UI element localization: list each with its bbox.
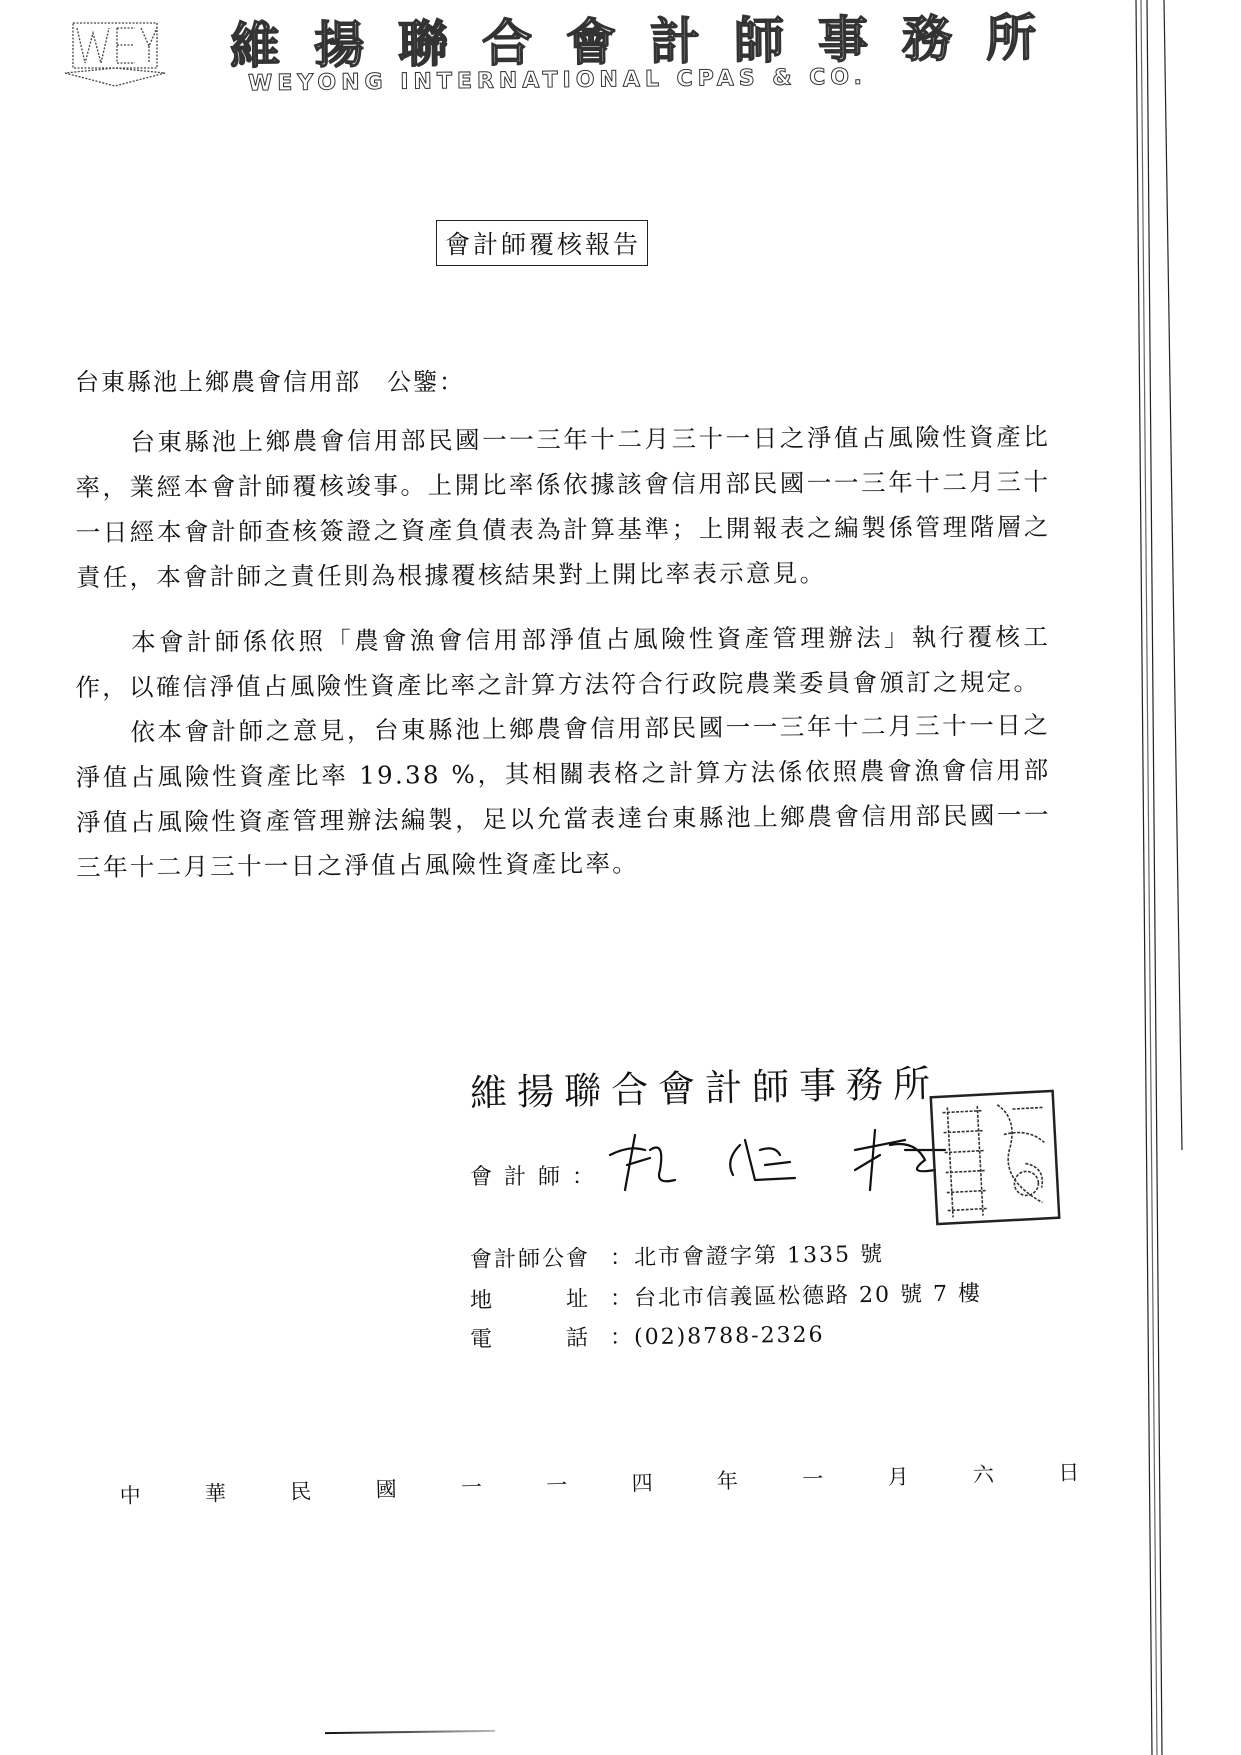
cpa-association-label: 會計師公會 (470, 1241, 610, 1274)
date-char: 國 (375, 1473, 397, 1504)
paragraph-opinion: 依本會計師之意見，台東縣池上鄉農會信用部民國一一三年十二月三十一日之淨值占風險性… (75, 702, 1051, 890)
paragraph-opinion-text: 依本會計師之意見，台東縣池上鄉農會信用部民國一一三年十二月三十一日之淨值占風險性… (75, 710, 1051, 882)
cpa-association-value: ：北市會證字第 1335 號 (610, 1242, 884, 1271)
address-value: ：台北市信義區松德路 20 號 7 樓 (610, 1281, 982, 1311)
date-char: 華 (205, 1477, 227, 1508)
signatory-firm-name: 維揚聯合會計師事務所 (469, 1053, 940, 1117)
scan-artifact-line (325, 1730, 495, 1734)
date-char: 四 (631, 1467, 653, 1498)
paragraph-scope-text: 台東縣池上鄉農會信用部民國一一三年十二月三十一日之淨值占風險性資產比率，業經本會… (75, 422, 1050, 592)
address-label: 地 址 (470, 1282, 610, 1315)
date-char: 年 (717, 1465, 739, 1496)
cpa-association-row: 會計師公會：北市會證字第 1335 號 (470, 1237, 884, 1274)
scan-edge-lines (1120, 0, 1230, 1755)
phone-row: 電 話：(02)8788-2326 (470, 1318, 825, 1354)
salutation: 台東縣池上鄉農會信用部 公鑒： (75, 362, 465, 397)
handwritten-signature (605, 1120, 965, 1200)
date-char: 一 (546, 1469, 568, 1500)
official-seal-stamp (927, 1087, 1064, 1229)
cpa-label: 會計師： (470, 1160, 606, 1191)
paragraph-scope: 台東縣池上鄉農會信用部民國一一三年十二月三十一日之淨值占風險性資產比率，業經本會… (75, 414, 1051, 600)
paragraph-basis: 本會計師係依照「農會漁會信用部淨值占風險性資產管理辦法」執行覆核工作，以確信淨值… (75, 614, 1051, 710)
report-date: 中 華 民 國 一 一 四 年 一 月 六 日 (119, 1457, 1079, 1510)
phone-value: ：(02)8788-2326 (610, 1323, 825, 1351)
document-title: 會計師覆核報告 (436, 220, 648, 266)
address-row: 地 址：台北市信義區松德路 20 號 7 樓 (470, 1276, 982, 1314)
date-char: 日 (1058, 1457, 1080, 1488)
phone-label: 電 話 (470, 1321, 610, 1354)
date-char: 一 (461, 1471, 483, 1502)
letterhead-firm-name-en: WEYONG INTERNATIONAL CPAS & CO. (248, 65, 867, 96)
date-char: 民 (290, 1475, 312, 1506)
date-char: 中 (119, 1479, 141, 1510)
date-char: 六 (973, 1459, 995, 1490)
firm-logo (55, 18, 175, 88)
date-char: 一 (802, 1463, 824, 1494)
paragraph-basis-text: 本會計師係依照「農會漁會信用部淨值占風險性資產管理辦法」執行覆核工作，以確信淨值… (75, 622, 1050, 702)
date-char: 月 (887, 1461, 909, 1492)
